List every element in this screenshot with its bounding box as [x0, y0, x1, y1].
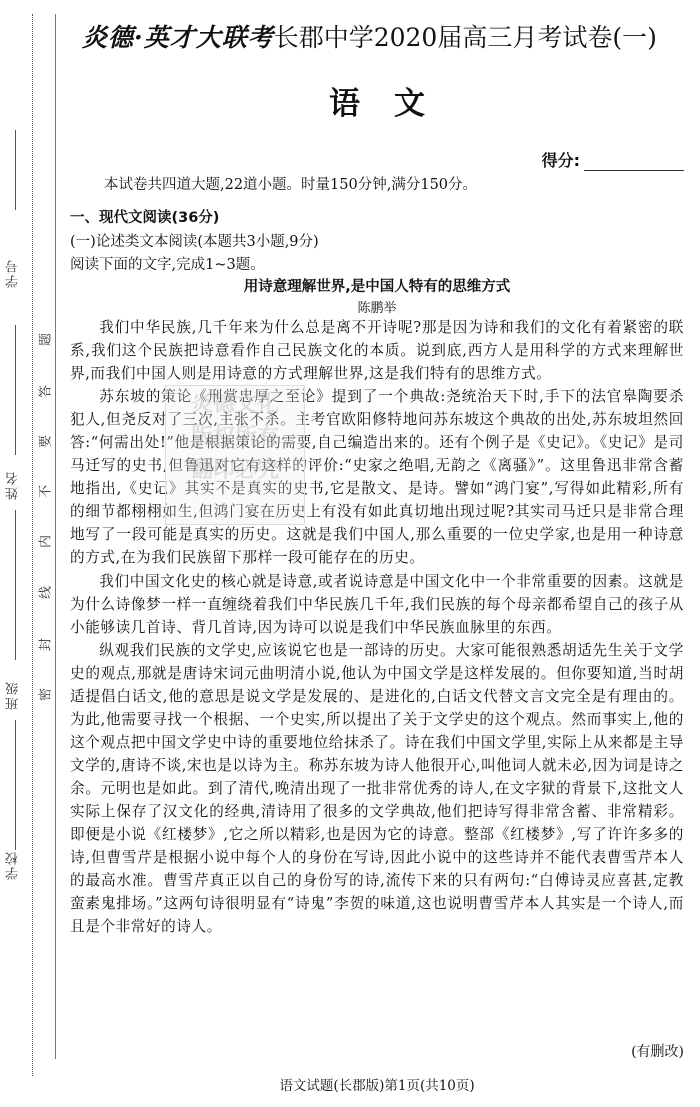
exam-title: 炎德·英才大联考长郡中学2020届高三月考试卷(一) [82, 18, 692, 54]
seal-line-dotted [32, 14, 33, 1076]
student-id-label: 学号 [4, 258, 23, 288]
article-paragraph: 纵观我们民族的文学史,应该说它也是一部诗的历史。大家可能很熟悉胡适先生关于文学史… [70, 639, 684, 939]
name-line [15, 325, 16, 455]
name-label: 姓名 [4, 470, 23, 500]
seal-char: 线 [35, 586, 54, 600]
seal-char: 内 [35, 535, 54, 549]
seal-char: 封 [35, 638, 54, 652]
margin-rule [55, 14, 56, 1059]
article-title: 用诗意理解世界,是中国人特有的思维方式 [70, 275, 684, 296]
school-line [15, 720, 16, 850]
seal-char: 不 [35, 485, 54, 499]
article-paragraph: 我们中国文化史的核心就是诗意,或者说诗意是中国文化中一个非常重要的因素。这就是为… [70, 570, 684, 639]
exam-intro: 本试卷共四道大题,22道小题。时量150分钟,满分150分。 [104, 173, 477, 194]
score-label: 得分: [542, 148, 580, 171]
exam-name: 长郡中学2020届高三月考试卷(一) [274, 23, 657, 52]
seal-char: 题 [35, 333, 54, 347]
edit-note: (有删改) [631, 1041, 684, 1061]
reading-instruction: 阅读下面的文字,完成1~3题。 [70, 253, 265, 274]
article-author: 陈鹏举 [70, 297, 684, 316]
article-body: 我们中华民族,几千年来为什么总是离不开诗呢?那是因为诗和我们的文化有着紧密的联系… [70, 316, 684, 938]
class-line [15, 510, 16, 660]
student-id-line [15, 130, 16, 210]
class-label: 班级 [4, 680, 23, 710]
subject-title: 语文 [70, 78, 684, 123]
section-heading: 一、现代文阅读(36分) [70, 206, 219, 227]
seal-char: 密 [35, 688, 54, 702]
score-field: 得分: [542, 148, 684, 171]
brand-name: 炎德·英才大联考 [82, 23, 274, 52]
score-blank[interactable] [584, 154, 684, 171]
article-paragraph: 苏东坡的策论《刑赏忠厚之至论》提到了一个典故:尧统治天下时,手下的法官皋陶要杀犯… [70, 385, 684, 569]
article-paragraph: 我们中华民族,几千年来为什么总是离不开诗呢?那是因为诗和我们的文化有着紧密的联系… [70, 316, 684, 385]
seal-char: 要 [35, 435, 54, 449]
school-label: 学校 [4, 850, 23, 880]
seal-char: 答 [35, 385, 54, 399]
subsection-heading: (一)论述类文本阅读(本题共3小题,9分) [70, 230, 319, 251]
page-footer: 语文试题(长郡版)第1页(共10页) [70, 1074, 684, 1094]
